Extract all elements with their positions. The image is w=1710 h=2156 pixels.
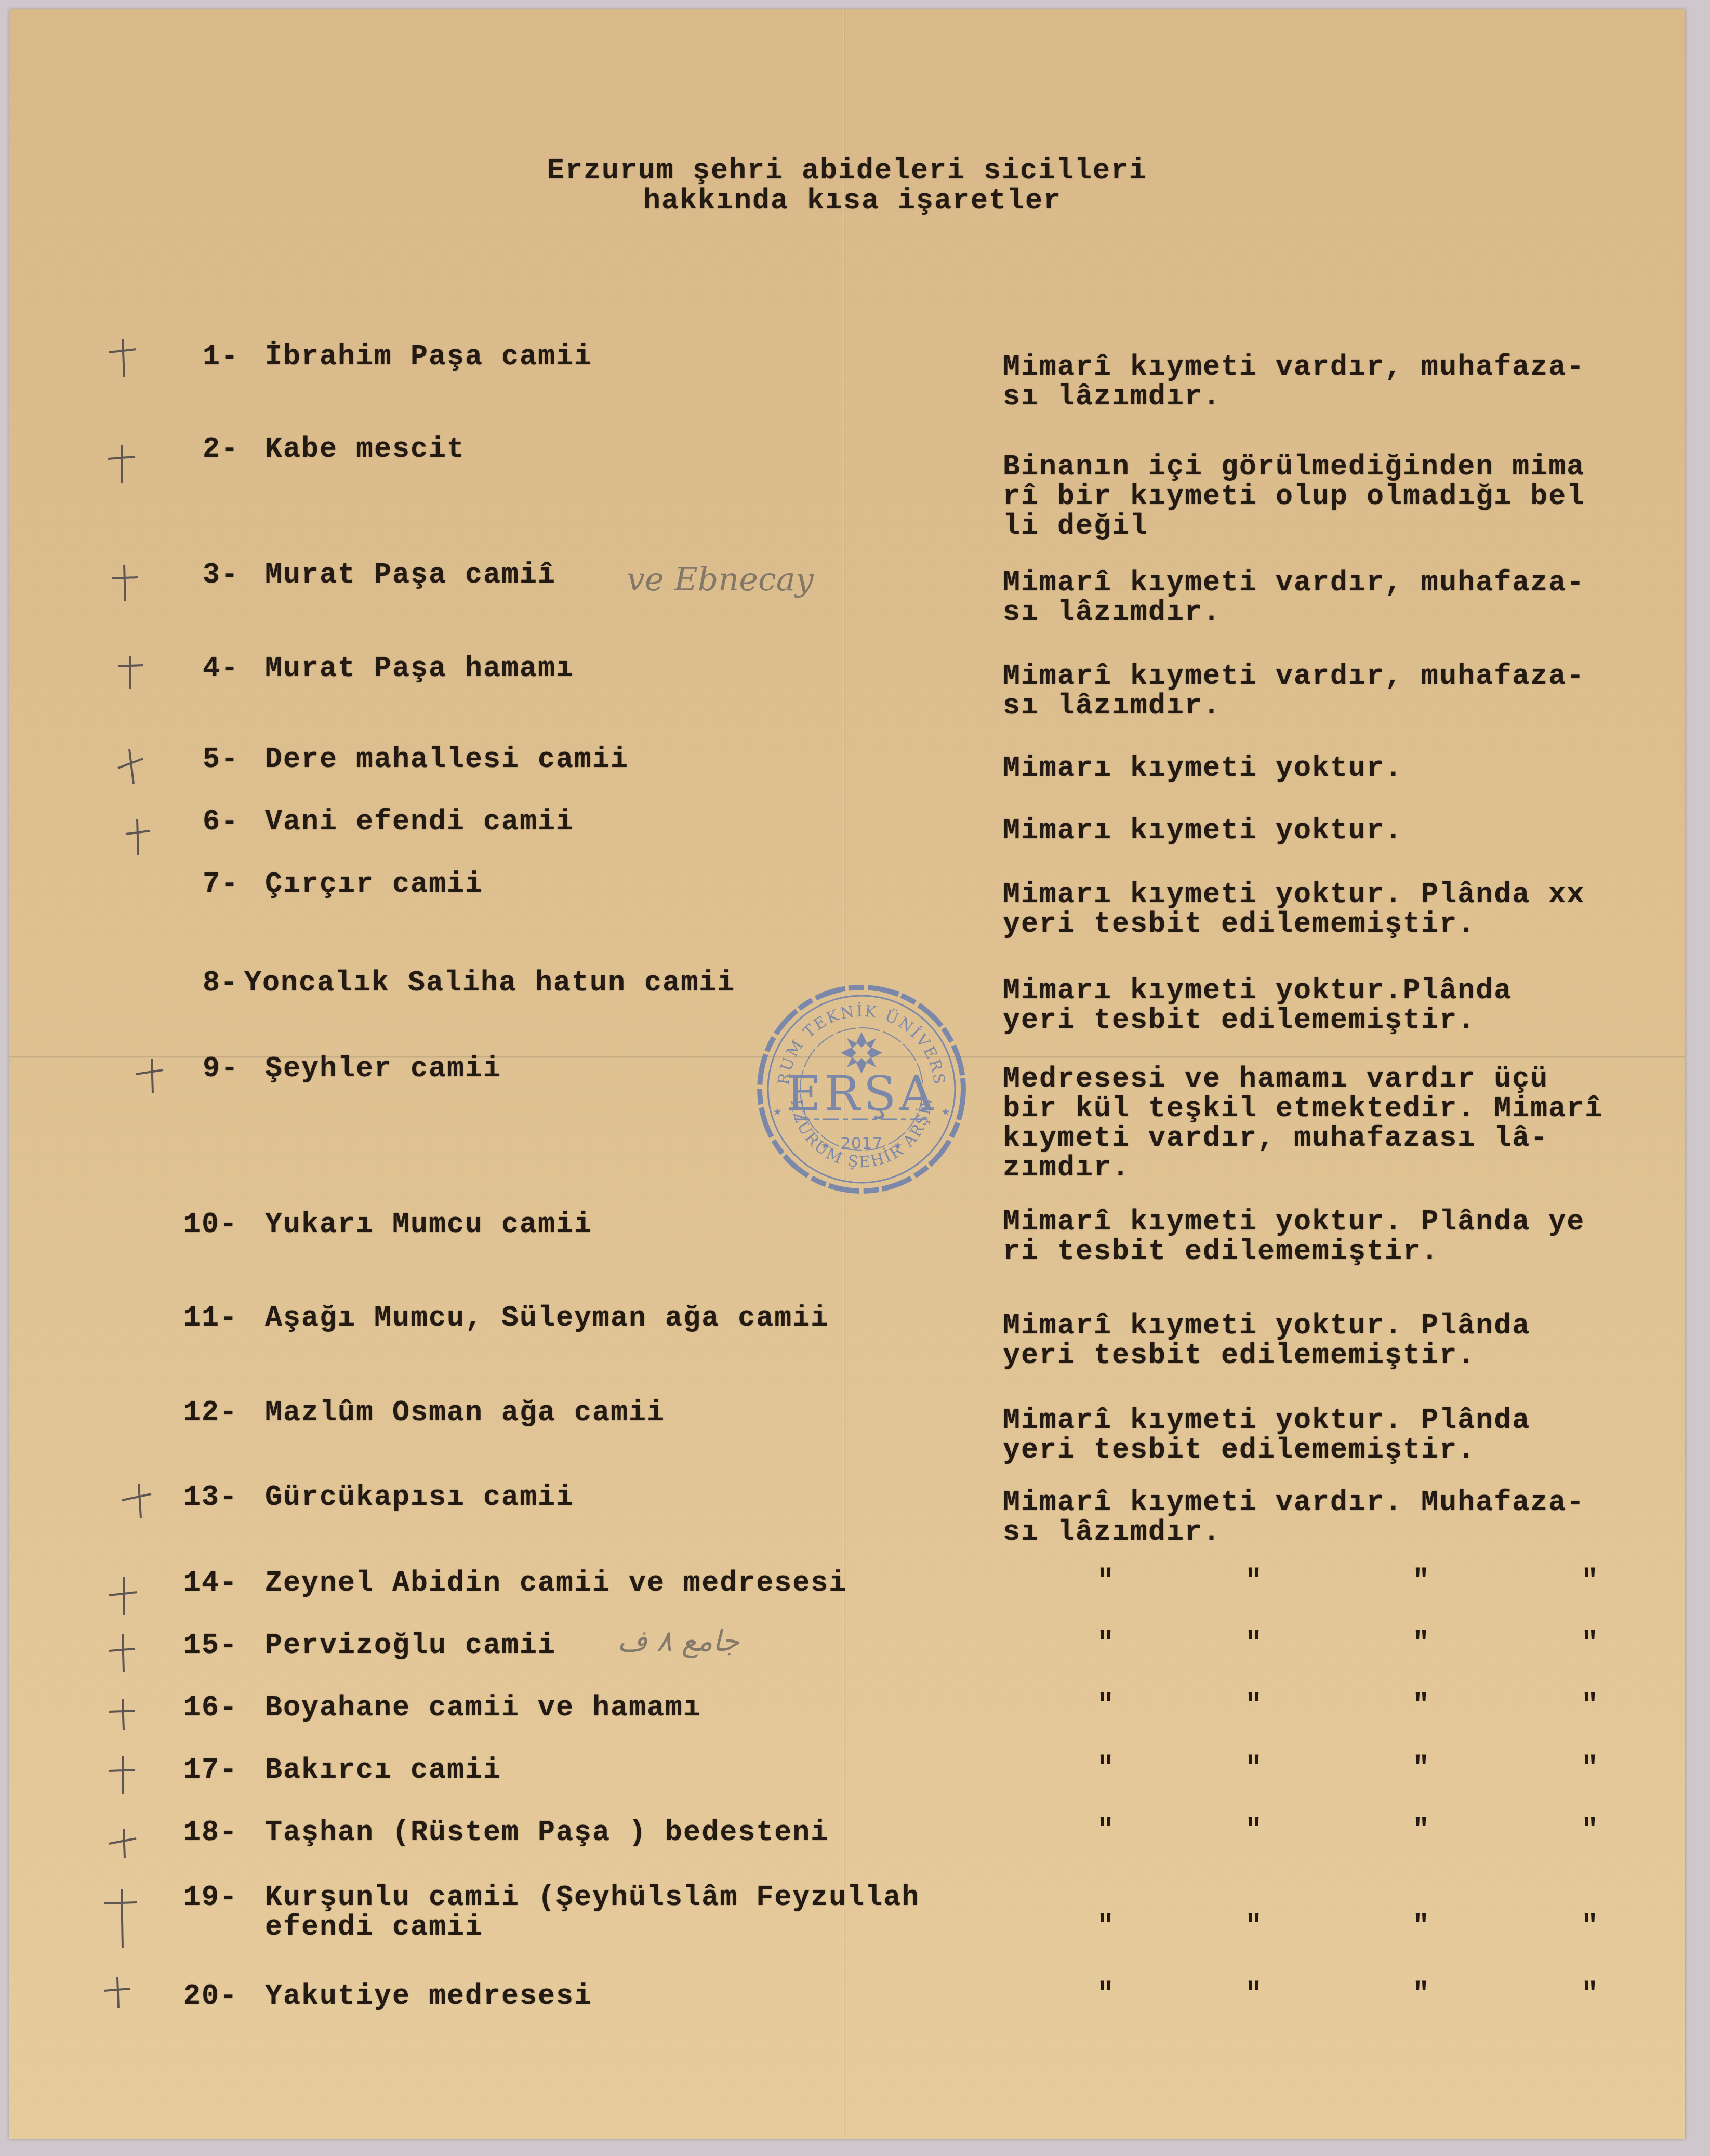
star-icon: ★ (942, 1104, 950, 1119)
ditto-mark: " (1581, 1689, 1598, 1722)
pencil-cross-mark-icon (108, 1698, 139, 1740)
svg-text:ERŞA: ERŞA (786, 1066, 937, 1121)
ditto-mark: " (1245, 1814, 1262, 1847)
title-line-2: hakkında kısa işaretler (9, 186, 1690, 216)
item-note-line: bir kül teşkil etmektedir. Mimarî (1003, 1094, 1603, 1123)
item-name: Vani efendi camii (265, 807, 574, 837)
pencil-cross-mark-icon (108, 1575, 139, 1616)
item-number: 1- (203, 342, 239, 372)
item-number: 18- (183, 1818, 238, 1847)
ditto-mark: " (1245, 1565, 1262, 1597)
handwritten-annotation: ve Ebnecay (627, 560, 814, 598)
item-name: Boyahane camii ve hamamı (265, 1693, 701, 1723)
item-number: 10- (183, 1210, 238, 1239)
star-icon: ★ (894, 1137, 902, 1153)
item-note-line: Mimarî kıymeti yoktur. Plânda ye (1003, 1207, 1585, 1237)
star-icon: ★ (773, 1104, 781, 1119)
ditto-mark: " (1097, 1752, 1114, 1784)
ditto-mark: " (1581, 1565, 1598, 1597)
item-number: 12- (183, 1398, 238, 1427)
item-number: 11- (183, 1303, 238, 1333)
pencil-cross-mark-icon (124, 817, 155, 859)
pencil-cross-mark-icon (121, 1483, 152, 1524)
item-name: Kabe mescit (265, 434, 465, 464)
item-number: 7- (203, 869, 239, 899)
pencil-cross-mark-icon (116, 747, 147, 789)
handwritten-annotation: جامع ٨ ف (617, 1624, 739, 1658)
item-name: Dere mahallesi camii (265, 745, 629, 774)
item-name: Çırçır camii (265, 869, 483, 899)
pencil-cross-mark-icon (110, 563, 141, 604)
item-note-line: Mimarı kıymeti yoktur. (1003, 753, 1403, 783)
ditto-mark: " (1245, 1978, 1262, 2010)
item-note-line: sı lâzımdır. (1003, 1517, 1221, 1547)
item-number: 15- (183, 1631, 238, 1660)
item-number: 2- (203, 434, 239, 464)
item-number: 20- (183, 1981, 238, 2011)
item-number: 3- (203, 560, 239, 590)
item-name: Aşağı Mumcu, Süleyman ağa camii (265, 1303, 829, 1333)
ditto-mark: " (1412, 1814, 1429, 1847)
item-note-line: Mimarı kıymeti yoktur.Plânda (1003, 976, 1512, 1006)
item-number: 8- (203, 968, 238, 998)
item-name: Yukarı Mumcu camii (265, 1210, 592, 1239)
item-name-continued: efendi camii (265, 1912, 483, 1942)
item-note-line: Medresesi ve hamamı vardır üçü (1003, 1064, 1548, 1094)
item-number: 14- (183, 1568, 238, 1598)
item-number: 9- (203, 1054, 239, 1083)
item-note-line: zımdır. (1003, 1153, 1130, 1183)
item-note-line: sı lâzımdır. (1003, 382, 1221, 412)
item-note-line: yeri tesbit edilememiştir. (1003, 1341, 1476, 1370)
document-page: Erzurum şehri abideleri sicilleri hakkın… (9, 9, 1685, 2139)
pencil-cross-mark-icon (108, 1755, 139, 1797)
item-note-line: Mimarî kıymeti vardır, muhafaza- (1003, 352, 1585, 382)
item-name: Mazlûm Osman ağa camii (265, 1398, 665, 1427)
item-name: Zeynel Abidin camii ve medresesi (265, 1568, 847, 1598)
item-note-line: rî bir kıymeti olup olmadığı bel (1003, 482, 1585, 511)
pencil-cross-mark-icon (116, 654, 147, 695)
item-number: 6- (203, 807, 239, 837)
ditto-mark: " (1412, 1565, 1429, 1597)
item-note-line: kıymeti vardır, muhafazası lâ- (1003, 1123, 1548, 1153)
item-note-line: Mimarı kıymeti yoktur. Plânda xx (1003, 880, 1585, 909)
ditto-mark: " (1245, 1910, 1262, 1943)
star-icon: ★ (821, 1137, 829, 1153)
item-note-line: ri tesbit edilememiştir. (1003, 1237, 1439, 1266)
ditto-mark: " (1412, 1627, 1429, 1660)
item-name: Yakutiye medresesi (265, 1981, 592, 2011)
ditto-mark: " (1581, 1627, 1598, 1660)
pencil-cross-mark-icon (134, 1056, 165, 1098)
item-note-line: sı lâzımdır. (1003, 691, 1221, 721)
item-name: Yoncalık Saliha hatun camii (244, 968, 735, 998)
item-number: 17- (183, 1755, 238, 1785)
item-number: 16- (183, 1693, 238, 1723)
item-note-line: Mimarî kıymeti yoktur. Plânda (1003, 1311, 1530, 1341)
ditto-mark: " (1097, 1565, 1114, 1597)
item-note-line: sı lâzımdır. (1003, 598, 1221, 627)
item-number: 13- (183, 1483, 238, 1512)
title-line-1: Erzurum şehri abideleri sicilleri (9, 156, 1685, 186)
item-name: Kurşunlu camii (Şeyhülslâm Feyzullah (265, 1883, 920, 1912)
ditto-mark: " (1581, 1910, 1598, 1943)
ditto-mark: " (1581, 1752, 1598, 1784)
item-note-line: Mimarî kıymeti yoktur. Plânda (1003, 1406, 1530, 1435)
item-name: Taşhan (Rüstem Paşa ) bedesteni (265, 1818, 829, 1847)
item-name: İbrahim Paşa camii (265, 342, 592, 372)
pencil-cross-mark-icon (106, 443, 137, 485)
item-note-line: Binanın içi görülmediğinden mima (1003, 452, 1585, 482)
ditto-mark: " (1412, 1689, 1429, 1722)
item-name: Murat Paşa hamamı (265, 654, 574, 683)
item-number: 19- (183, 1883, 238, 1912)
item-name: Pervizoğlu camii (265, 1631, 556, 1660)
pencil-cross-mark-icon (108, 1633, 139, 1675)
item-number: 5- (203, 745, 239, 774)
svg-text:2017: 2017 (840, 1133, 882, 1153)
ditto-mark: " (1097, 1627, 1114, 1660)
ditto-mark: " (1581, 1978, 1598, 2010)
item-name: Murat Paşa camiî (265, 560, 556, 590)
ditto-mark: " (1245, 1752, 1262, 1784)
item-note-line: Mimarî kıymeti vardır, muhafaza- (1003, 568, 1585, 598)
item-name: Şeyhler camii (265, 1054, 501, 1083)
ditto-mark: " (1245, 1627, 1262, 1660)
ditto-mark: " (1097, 1689, 1114, 1722)
ditto-mark: " (1097, 1910, 1114, 1943)
item-note-line: Mimarî kıymeti vardır, muhafaza- (1003, 662, 1585, 691)
item-name: Bakırcı camii (265, 1755, 501, 1785)
item-number: 4- (203, 654, 239, 683)
item-note-line: li değil (1003, 511, 1148, 541)
ditto-mark: " (1581, 1814, 1598, 1847)
pencil-cross-mark-icon (107, 337, 138, 378)
archive-stamp: ERZURUM TEKNİK ÜNİVERSİTESİ ERZURUM ŞEHİ… (752, 980, 971, 1198)
ditto-mark: " (1245, 1689, 1262, 1722)
ditto-mark: " (1412, 1978, 1429, 2010)
item-name: Gürcükapısı camii (265, 1483, 574, 1512)
ditto-mark: " (1412, 1910, 1429, 1943)
item-note-line: yeri tesbit edilememiştir. (1003, 1006, 1476, 1035)
item-note-line: yeri tesbit edilememiştir. (1003, 1435, 1476, 1465)
ditto-mark: " (1097, 1814, 1114, 1847)
pencil-cross-mark-icon (108, 1828, 139, 1870)
ditto-mark: " (1412, 1752, 1429, 1784)
ditto-mark: " (1097, 1978, 1114, 2010)
item-note-line: yeri tesbit edilememiştir. (1003, 909, 1476, 939)
item-note-line: Mimarı kıymeti yoktur. (1003, 816, 1403, 845)
item-note-line: Mimarî kıymeti vardır. Muhafaza- (1003, 1488, 1585, 1517)
pencil-cross-mark-icon (103, 1976, 134, 2018)
pencil-cross-mark-icon (103, 1888, 139, 1950)
